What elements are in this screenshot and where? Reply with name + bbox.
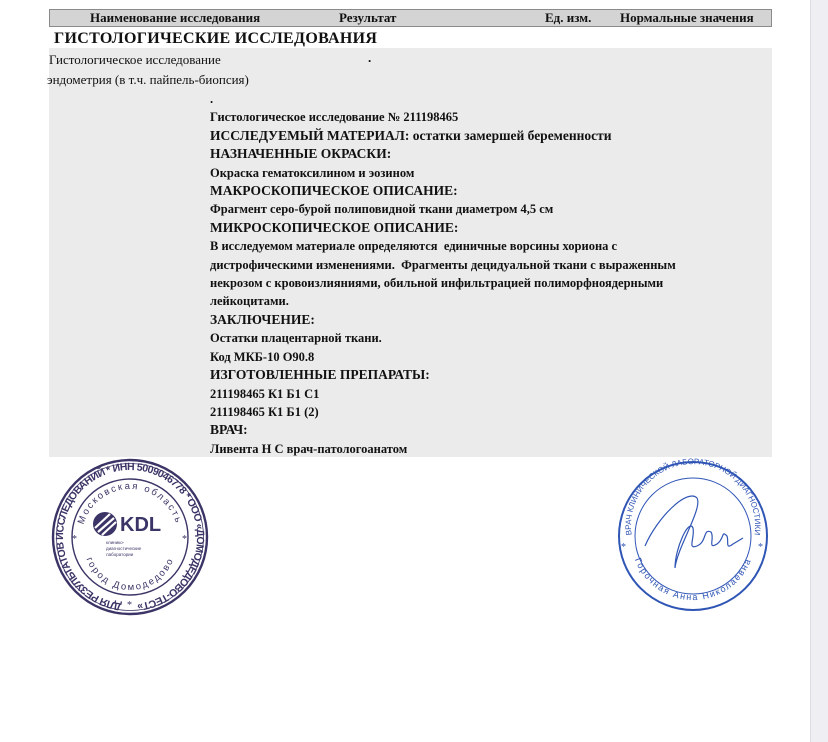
report-line: Ливента Н С врач-патологоанатом: [210, 440, 770, 458]
vertical-scrollbar[interactable]: [810, 0, 828, 742]
doctor-stamp: ВРАЧ КЛИНИЧЕСКОЙ ЛАБОРАТОРНОЙ ДИАГНОСТИК…: [617, 458, 769, 613]
section-title: ГИСТОЛОГИЧЕСКИЕ ИССЛЕДОВАНИЯ: [54, 30, 377, 48]
report-line: лейкоцитами.: [210, 292, 770, 310]
report-heading: ИЗГОТОВЛЕННЫЕ ПРЕПАРАТЫ:: [210, 366, 770, 384]
table-header: Наименование исследования Результат Ед. …: [49, 9, 772, 27]
report-heading: МИКРОСКОПИЧЕСКОЕ ОПИСАНИЕ:: [210, 219, 770, 237]
report-line: Фрагмент серо-бурой полиповидной ткани д…: [210, 200, 770, 218]
report-heading: ВРАЧ:: [210, 421, 770, 439]
report-line: дистрофическими изменениями. Фрагменты д…: [210, 256, 770, 274]
svg-text:*: *: [758, 542, 763, 553]
svg-text:*: *: [72, 534, 77, 545]
report-line: Остатки плацентарной ткани.: [210, 329, 770, 347]
svg-text:город Домодедово: город Домодедово: [84, 556, 177, 594]
test-result-value: .: [368, 50, 371, 66]
test-name-line2: эндометрия (в т.ч. пайпель-биопсия): [47, 70, 249, 90]
kdl-logo-icon: [93, 512, 117, 536]
organization-stamp: ДЛЯ РЕЗУЛЬТАТОВ ИССЛЕДОВАНИЙ * ИНН 50090…: [48, 458, 212, 616]
svg-text:ВРАЧ КЛИНИЧЕСКОЙ ЛАБОРАТОРНОЙ: ВРАЧ КЛИНИЧЕСКОЙ ЛАБОРАТОРНОЙ ДИАГНОСТИК…: [624, 458, 762, 536]
header-unit: Ед. изм.: [545, 10, 591, 26]
svg-text:*: *: [182, 534, 187, 545]
header-result: Результат: [339, 10, 396, 26]
report-line: некрозом с кровоизлияниями, обильной инф…: [210, 274, 770, 292]
report-line: .: [210, 90, 770, 108]
test-name: Гистологическое исследование эндометрия …: [49, 50, 249, 90]
document-page: Наименование исследования Результат Ед. …: [0, 0, 810, 742]
report-heading: МАКРОСКОПИЧЕСКОЕ ОПИСАНИЕ:: [210, 182, 770, 200]
report-line: 211198465 К1 Б1 С1: [210, 385, 770, 403]
report-line: В исследуемом материале определяются еди…: [210, 237, 770, 255]
svg-text:клинико-: клинико-: [106, 540, 125, 545]
svg-text:диагностические: диагностические: [106, 546, 142, 551]
svg-text:лаборатории: лаборатории: [106, 552, 134, 557]
svg-text:*: *: [127, 600, 132, 611]
report-line: 211198465 К1 Б1 (2): [210, 403, 770, 421]
signature-icon: [645, 496, 743, 568]
report-line: Код МКБ-10 O90.8: [210, 348, 770, 366]
report-line: Окраска гематоксилином и эозином: [210, 164, 770, 182]
report-heading: ИССЛЕДУЕМЫЙ МАТЕРИАЛ: остатки замершей б…: [210, 127, 770, 145]
report-heading: НАЗНАЧЕННЫЕ ОКРАСКИ:: [210, 145, 770, 163]
report-line: Гистологическое исследование № 211198465: [210, 108, 770, 126]
header-name: Наименование исследования: [90, 10, 260, 26]
svg-text:*: *: [621, 542, 626, 553]
svg-text:KDL: KDL: [120, 514, 161, 536]
header-normal-values: Нормальные значения: [620, 10, 754, 26]
histology-report: .Гистологическое исследование № 21119846…: [210, 90, 770, 458]
report-heading: ЗАКЛЮЧЕНИЕ:: [210, 311, 770, 329]
svg-text:Горочная Анна Николаевна: Горочная Анна Николаевна: [633, 556, 753, 602]
test-name-line1: Гистологическое исследование: [49, 50, 249, 70]
